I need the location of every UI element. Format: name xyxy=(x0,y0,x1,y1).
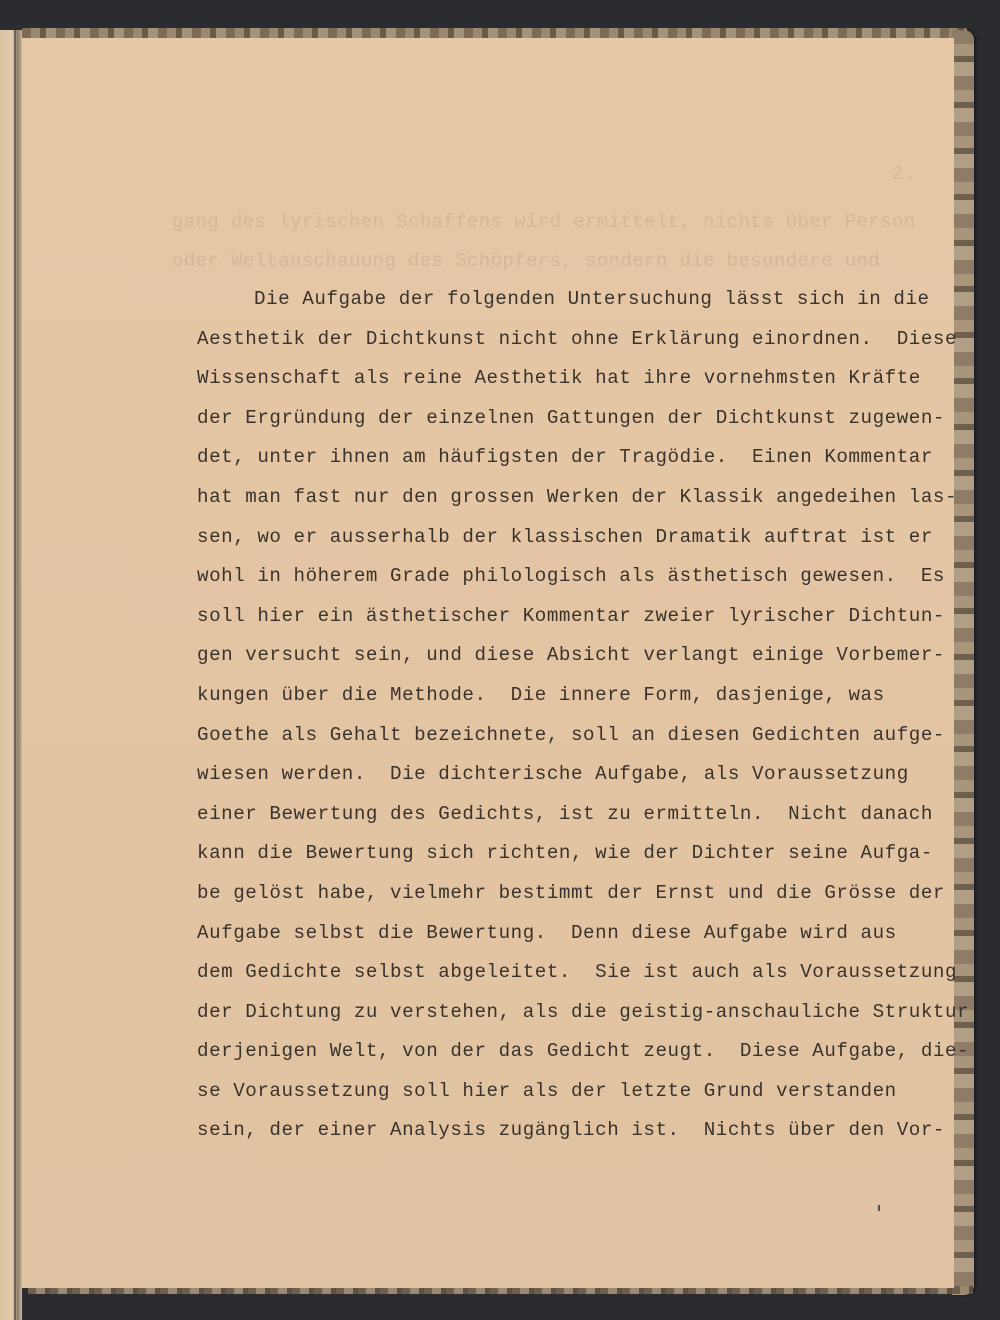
text-line: det, unter ihnen am häufigsten der Tragö… xyxy=(197,438,957,478)
text-line: Aesthetik der Dichtkunst nicht ohne Erkl… xyxy=(197,320,957,360)
text-line: se Voraussetzung soll hier als der letzt… xyxy=(197,1072,957,1112)
text-line: Die Aufgabe der folgenden Untersuchung l… xyxy=(197,280,957,320)
bleed-through-text: 2. gang des lyrischen Schaffens wird erm… xyxy=(172,38,952,148)
text-line: der Dichtung zu verstehen, als die geist… xyxy=(197,993,957,1033)
bleed-page-number: 2. xyxy=(892,163,916,185)
text-line: gen versucht sein, und diese Absicht ver… xyxy=(197,636,957,676)
stray-ink-mark xyxy=(878,1205,880,1211)
text-line: Wissenschaft als reine Aesthetik hat ihr… xyxy=(197,359,957,399)
text-line: einer Bewertung des Gedichts, ist zu erm… xyxy=(197,795,957,835)
text-line: sein, der einer Analysis zugänglich ist.… xyxy=(197,1111,957,1151)
text-line: kungen über die Methode. Die innere Form… xyxy=(197,676,957,716)
text-line: kann die Bewertung sich richten, wie der… xyxy=(197,834,957,874)
text-line: hat man fast nur den grossen Werken der … xyxy=(197,478,957,518)
left-page-edge xyxy=(0,30,22,1320)
text-line: wiesen werden. Die dichterische Aufgabe,… xyxy=(197,755,957,795)
text-line: der Ergründung der einzelnen Gattungen d… xyxy=(197,399,957,439)
text-line: wohl in höherem Grade philologisch als ä… xyxy=(197,557,957,597)
text-line: sen, wo er ausserhalb der klassischen Dr… xyxy=(197,518,957,558)
text-line: derjenigen Welt, von der das Gedicht zeu… xyxy=(197,1032,957,1072)
text-line: dem Gedichte selbst abgeleitet. Sie ist … xyxy=(197,953,957,993)
text-line: Aufgabe selbst die Bewertung. Denn diese… xyxy=(197,914,957,954)
text-line: Goethe als Gehalt bezeichnete, soll an d… xyxy=(197,716,957,756)
bleed-line: oder Weltanschauung des Schöpfers, sonde… xyxy=(172,250,880,272)
typewritten-page: 2. gang des lyrischen Schaffens wird erm… xyxy=(22,38,954,1288)
text-line: be gelöst habe, vielmehr bestimmt der Er… xyxy=(197,874,957,914)
paragraph: Die Aufgabe der folgenden Untersuchung l… xyxy=(197,280,957,1151)
text-line: soll hier ein ästhetischer Kommentar zwe… xyxy=(197,597,957,637)
bleed-line: gang des lyrischen Schaffens wird ermitt… xyxy=(172,211,916,233)
